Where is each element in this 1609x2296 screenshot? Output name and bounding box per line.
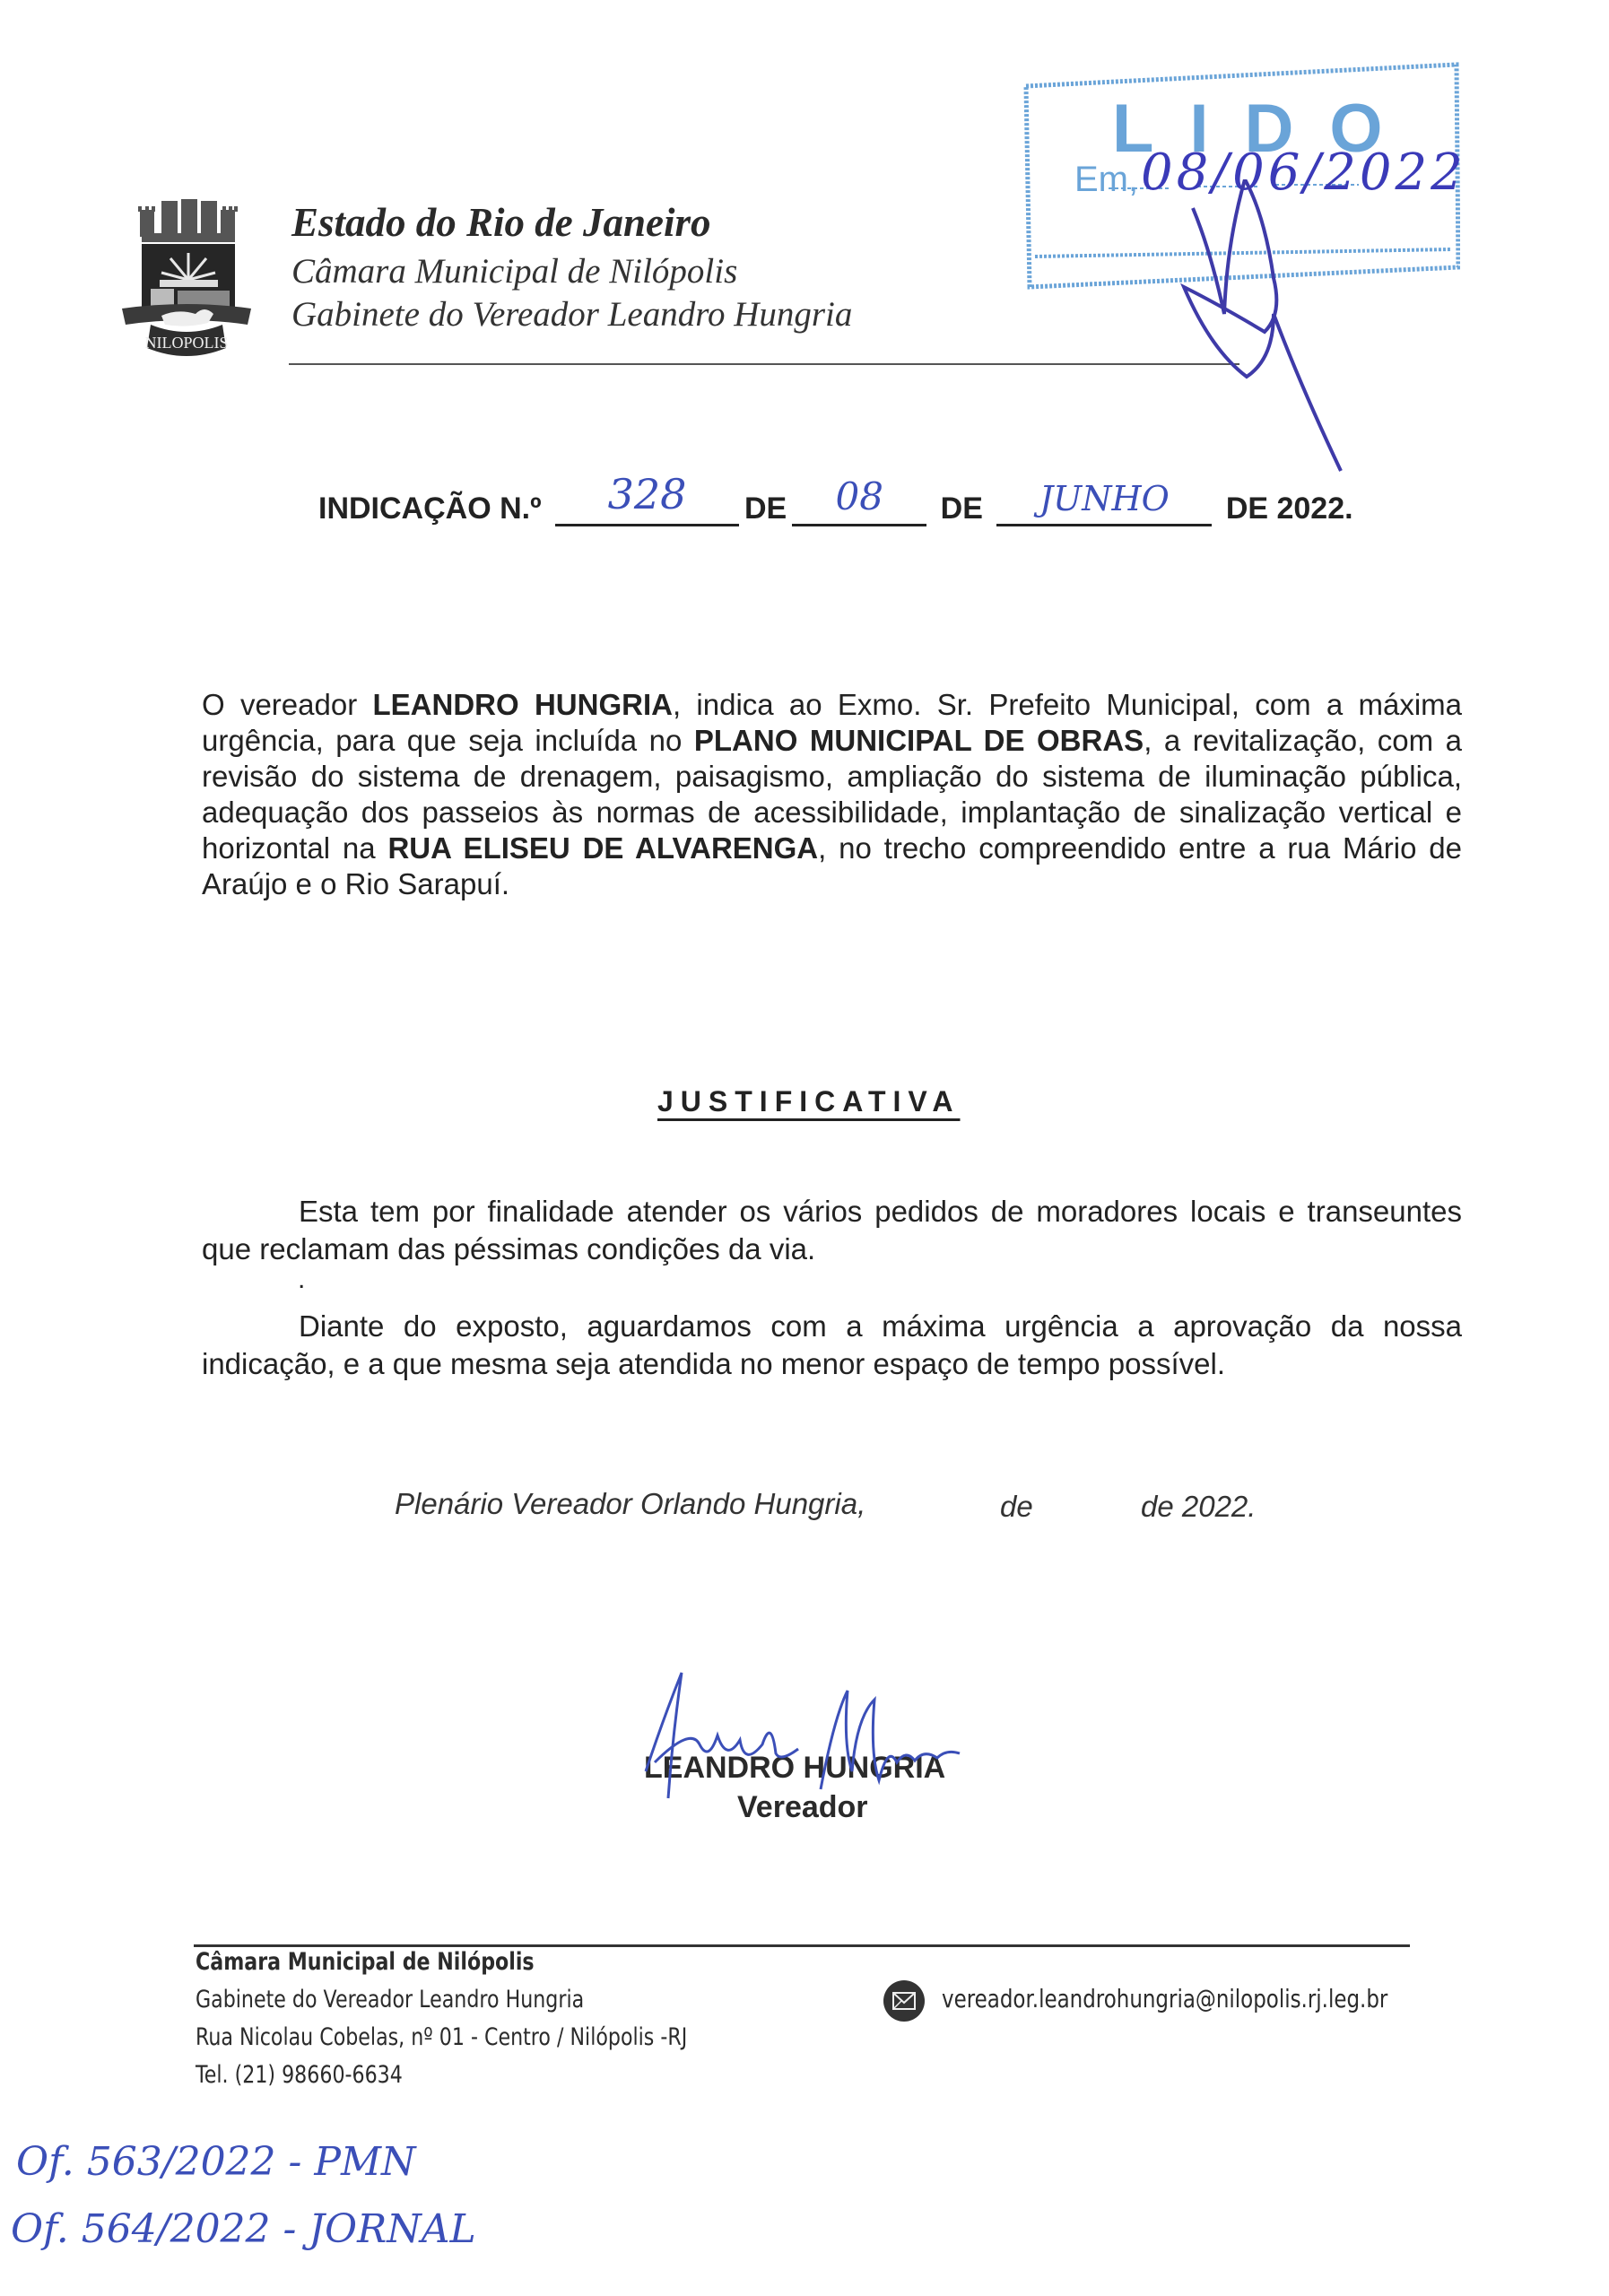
stray-dot: .: [298, 1265, 305, 1295]
indicacao-year: DE 2022.: [1226, 491, 1353, 526]
closing-place: Plenário Vereador Orlando Hungria,: [395, 1487, 865, 1521]
footer-email[interactable]: vereador.leandrohungria@nilopolis.rj.leg…: [942, 1984, 1387, 2013]
handwritten-note-1: Of. 563/2022 - PMN: [16, 2139, 416, 2185]
svg-text:NILOPOLIS: NILOPOLIS: [145, 334, 229, 352]
indicacao-month-field: JUNHO: [996, 491, 1212, 526]
justificativa-paragraph-1: Esta tem por finalidade atender os vário…: [202, 1193, 1462, 1268]
body-street-name: RUA ELISEU DE ALVARENGA: [387, 831, 818, 865]
indicacao-body: O vereador LEANDRO HUNGRIA, indica ao Ex…: [202, 687, 1462, 902]
indicacao-label: INDICAÇÃO N.º: [318, 491, 542, 526]
indicacao-number-field: 328: [555, 491, 739, 526]
indicacao-de1: DE: [744, 491, 787, 526]
closing-de: de: [1000, 1490, 1033, 1524]
footer-chamber: Câmara Municipal de Nilópolis: [196, 1948, 535, 1976]
footer-divider: [194, 1944, 1410, 1947]
header-divider: [289, 363, 1239, 365]
header-office: Gabinete do Vereador Leandro Hungria: [291, 294, 852, 335]
indicacao-line: INDICAÇÃO N.º 328DE08 DE JUNHO DE 2022.: [318, 491, 1353, 526]
nilopolis-coat-of-arms-icon: NILOPOLIS: [115, 190, 258, 361]
indicacao-month: JUNHO: [996, 479, 1212, 518]
header-chamber: Câmara Municipal de Nilópolis: [291, 251, 737, 291]
footer-address: Rua Nicolau Cobelas, nº 01 - Centro / Ni…: [196, 2023, 687, 2051]
justificativa-heading: JUSTIFICATIVA: [657, 1085, 960, 1118]
footer-phone: Tel. (21) 98660-6634: [196, 2061, 403, 2089]
handwritten-note-2: Of. 564/2022 - JORNAL: [11, 2206, 476, 2252]
stamp-em-label: Em,: [1074, 160, 1138, 200]
handwritten-signature: [628, 1664, 1005, 1821]
coat-of-arms-logo: NILOPOLIS: [115, 190, 258, 361]
justificativa-paragraph-2: Diante do exposto, aguardamos com a máxi…: [202, 1308, 1462, 1383]
closing-year: de 2022.: [1141, 1490, 1256, 1524]
body-plan-name: PLANO MUNICIPAL DE OBRAS: [694, 724, 1144, 757]
handwritten-initials: [1148, 179, 1381, 475]
envelope-icon: [883, 1980, 925, 2022]
header-state: Estado do Rio de Janeiro: [291, 199, 711, 246]
indicacao-de2: DE: [941, 491, 983, 526]
body-councilor-name: LEANDRO HUNGRIA: [373, 688, 673, 721]
indicacao-day: 08: [792, 474, 926, 518]
indicacao-number: 328: [555, 470, 739, 518]
indicacao-day-field: 08: [792, 491, 926, 526]
body-text: O vereador: [202, 688, 373, 721]
footer-office: Gabinete do Vereador Leandro Hungria: [196, 1986, 584, 2013]
